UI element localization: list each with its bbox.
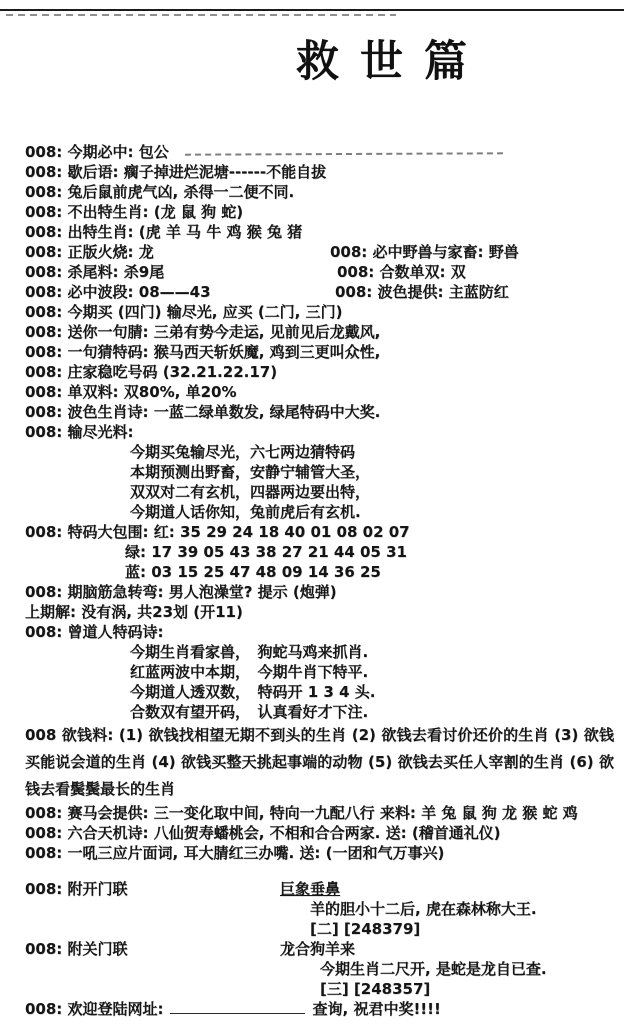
info-line: 008: 赛马会提供: 三一变化取中间, 特向一九配八行 来料: 羊 兔 鼠 狗…	[25, 803, 614, 823]
line-text: 蓝: 03 15 25 47 48 09 14 36 25	[125, 563, 381, 581]
info-line: 008: 六合天机诗: 八仙贺寿蟠桃会, 不相和合合两家. 送: (稽首通礼仪)	[25, 823, 614, 843]
line-text: [三] [248357]	[320, 980, 430, 998]
info-line: 008: 今期买 (四门) 输尽光, 应买 (二门, 三门)	[25, 302, 614, 322]
line-text: 008: 一吼三应片面词, 耳大腈红三办嘴. 送: (一团和气万事兴)	[25, 844, 444, 862]
couplet-line: 羊的胆小十二后, 虎在森林称大王.	[25, 899, 614, 919]
line-text: 008: 杀尾料: 杀9尾	[25, 263, 164, 281]
line-text: 008: 六合天机诗: 八仙贺寿蟠桃会, 不相和合合两家. 送: (稽首通礼仪)	[25, 824, 501, 842]
line-text: 008: 赛马会提供: 三一变化取中间, 特向一九配八行 来料: 羊 兔 鼠 狗…	[25, 804, 578, 822]
line-text: 008: 波色生肖诗: 一蓝二绿单数发, 绿尾特码中大奖.	[25, 403, 380, 421]
line-text: [二] [248379]	[310, 920, 420, 938]
line-right-text: 008: 必中野兽与家畜: 野兽	[330, 242, 519, 262]
info-line: 008: 一吼三应片面词, 耳大腈红三办嘴. 送: (一团和气万事兴)	[25, 843, 614, 863]
line-text: 008: 输尽光料:	[25, 423, 134, 441]
line-text: 008: 今期必中: 包公	[25, 143, 169, 161]
line-text: 008: 欢迎登陆网址:	[25, 1000, 164, 1018]
info-line: 008: 正版火烧: 龙008: 必中野兽与家畜: 野兽	[25, 242, 614, 262]
info-line: 008: 杀尾料: 杀9尾008: 合数单双: 双	[25, 262, 614, 282]
line-text: 今期买兔输尽光，六七两边猜特码	[130, 443, 355, 461]
info-line: 008: 输尽光料:	[25, 422, 614, 442]
line-text: 今期道人透双数， 特码开 1 3 4 头.	[130, 683, 375, 701]
line-text: 008: 兔后鼠前虎气凶, 杀得一二便不同.	[25, 183, 294, 201]
line-text: 008: 一句猜特码: 猴马西天斩妖魔, 鸡到三更叫众性,	[25, 343, 380, 361]
info-line: 008: 曾道人特码诗:	[25, 622, 614, 642]
line-text: 008: 期脑筋急转弯: 男人泡澡堂? 提示 (炮弹)	[25, 583, 337, 601]
couplet-header-line: 008: 附开门联巨象垂鼻	[25, 879, 614, 899]
zengdaoren-poem-line: 红蓝两波中本期， 今期牛肖下特平.	[25, 662, 614, 682]
line-text: 绿: 17 39 05 43 38 27 21 44 05 31	[125, 543, 407, 561]
zengdaoren-poem-line: 今期道人透双数， 特码开 1 3 4 头.	[25, 682, 614, 702]
website-line: 008: 欢迎登陆网址:查询, 祝君中奖!!!!	[25, 999, 614, 1019]
info-line: 008: 兔后鼠前虎气凶, 杀得一二便不同.	[25, 182, 614, 202]
info-line: 008: 单双料: 双80%, 单20%	[25, 382, 614, 402]
shujinguang-poem-line: 双双对二有玄机，四器两边要出特，	[25, 482, 614, 502]
yuqian-paragraph: 008 欲钱料: (1) 欲钱找相望无期不到头的生肖 (2) 欲钱去看讨价还价的…	[25, 722, 614, 803]
line-text: 本期预测出野畜，安静宁辅管大圣，	[130, 463, 370, 481]
line-text: 008: 出特生肖: (虎 羊 马 牛 鸡 猴 兔 猪	[25, 223, 302, 241]
line-text: 008: 不出特生肖: (龙 鼠 狗 蛇)	[25, 203, 243, 221]
couplet-line: [三] [248357]	[25, 979, 614, 999]
riddle-line: 008: 期脑筋急转弯: 男人泡澡堂? 提示 (炮弹)	[25, 582, 614, 602]
couplet-line: 今期生肖二尺开, 是蛇是龙自已查.	[25, 959, 614, 979]
shujinguang-poem-line: 今期道人话你知，兔前虎后有玄机.	[25, 502, 614, 522]
line-text: 008: 今期买 (四门) 输尽光, 应买 (二门, 三门)	[25, 303, 342, 321]
couplet-header-line: 008: 附关门联龙合狗羊来	[25, 939, 614, 959]
line-text: 008: 特码大包围: 红: 35 29 24 18 40 01 08 02 0…	[25, 523, 410, 541]
page-top-rule	[0, 9, 624, 11]
line-text: 今期道人话你知，兔前虎后有玄机.	[130, 503, 361, 521]
number-line: 008: 特码大包围: 红: 35 29 24 18 40 01 08 02 0…	[25, 522, 614, 542]
info-line: 008: 今期必中: 包公	[25, 142, 614, 162]
shujinguang-poem-line: 本期预测出野畜，安静宁辅管大圣，	[25, 462, 614, 482]
info-line: 008: 一句猜特码: 猴马西天斩妖魔, 鸡到三更叫众性,	[25, 342, 614, 362]
line-right-text: 008: 合数单双: 双	[337, 262, 466, 282]
line-text: 008: 送你一句腈: 三弟有势今走运, 见前见后龙戴风,	[25, 323, 380, 341]
shujinguang-poem-line: 今期买兔输尽光，六七两边猜特码	[25, 442, 614, 462]
line-text: 合数双有望开码， 认真看好才下注.	[130, 703, 368, 721]
number-line: 蓝: 03 15 25 47 48 09 14 36 25	[25, 562, 614, 582]
content-lines: 008: 今期必中: 包公008: 歇后语: 瘸子掉进烂泥塘------不能自拔…	[25, 142, 614, 1019]
line-text: 红蓝两波中本期， 今期牛肖下特平.	[130, 663, 368, 681]
line-text: 羊的胆小十二后, 虎在森林称大王.	[310, 900, 537, 918]
line-right-text: 巨象垂鼻	[280, 879, 340, 899]
info-line: 008: 必中波段: 08——43008: 波色提供: 主蓝防红	[25, 282, 614, 302]
line-text: 今期生肖二尺开, 是蛇是龙自已查.	[320, 960, 547, 978]
line-text: 008: 庄家稳吃号码 (32.21.22.17)	[25, 363, 277, 381]
scan-noise-dashes	[6, 14, 396, 16]
line-text: 上期解: 没有涡, 共23划 (开11)	[25, 603, 243, 621]
line-right-text: 008: 波色提供: 主蓝防红	[335, 282, 509, 302]
line-text: 008: 附开门联	[25, 880, 128, 898]
line-text: 008: 附关门联	[25, 940, 128, 958]
info-line: 008: 出特生肖: (虎 羊 马 牛 鸡 猴 兔 猪	[25, 222, 614, 242]
number-line: 绿: 17 39 05 43 38 27 21 44 05 31	[25, 542, 614, 562]
line-text: 008 欲钱料: (1) 欲钱找相望无期不到头的生肖 (2) 欲钱去看讨价还价的…	[25, 726, 614, 798]
riddle-line: 上期解: 没有涡, 共23划 (开11)	[25, 602, 614, 622]
info-line: 008: 波色生肖诗: 一蓝二绿单数发, 绿尾特码中大奖.	[25, 402, 614, 422]
scanned-page: 救世篇 008: 今期必中: 包公008: 歇后语: 瘸子掉进烂泥塘------…	[0, 0, 624, 1024]
zengdaoren-poem-line: 今期生肖看家兽， 狗蛇马鸡来抓肖.	[25, 642, 614, 662]
info-line: 008: 庄家稳吃号码 (32.21.22.17)	[25, 362, 614, 382]
ink-scribble	[185, 152, 503, 155]
info-line: 008: 送你一句腈: 三弟有势今走运, 见前见后龙戴风,	[25, 322, 614, 342]
line-text: 008: 歇后语: 瘸子掉进烂泥塘------不能自拔	[25, 163, 326, 181]
line-text: 双双对二有玄机，四器两边要出特，	[130, 483, 370, 501]
line-text: 今期生肖看家兽， 狗蛇马鸡来抓肖.	[130, 643, 368, 661]
line-text: 查询, 祝君中奖!!!!	[313, 1000, 441, 1018]
line-text: 008: 必中波段: 08——43	[25, 283, 211, 301]
line-text: 008: 正版火烧: 龙	[25, 243, 154, 261]
couplet-line: [二] [248379]	[25, 919, 614, 939]
page-title: 救世篇	[296, 28, 488, 89]
info-line: 008: 不出特生肖: (龙 鼠 狗 蛇)	[25, 202, 614, 222]
zengdaoren-poem-line: 合数双有望开码， 认真看好才下注.	[25, 702, 614, 722]
line-text: 008: 曾道人特码诗:	[25, 623, 164, 641]
info-line: 008: 歇后语: 瘸子掉进烂泥塘------不能自拔	[25, 162, 614, 182]
line-text: 008: 单双料: 双80%, 单20%	[25, 383, 236, 401]
blank-underline	[170, 1000, 305, 1014]
line-right-text: 龙合狗羊来	[280, 939, 355, 959]
